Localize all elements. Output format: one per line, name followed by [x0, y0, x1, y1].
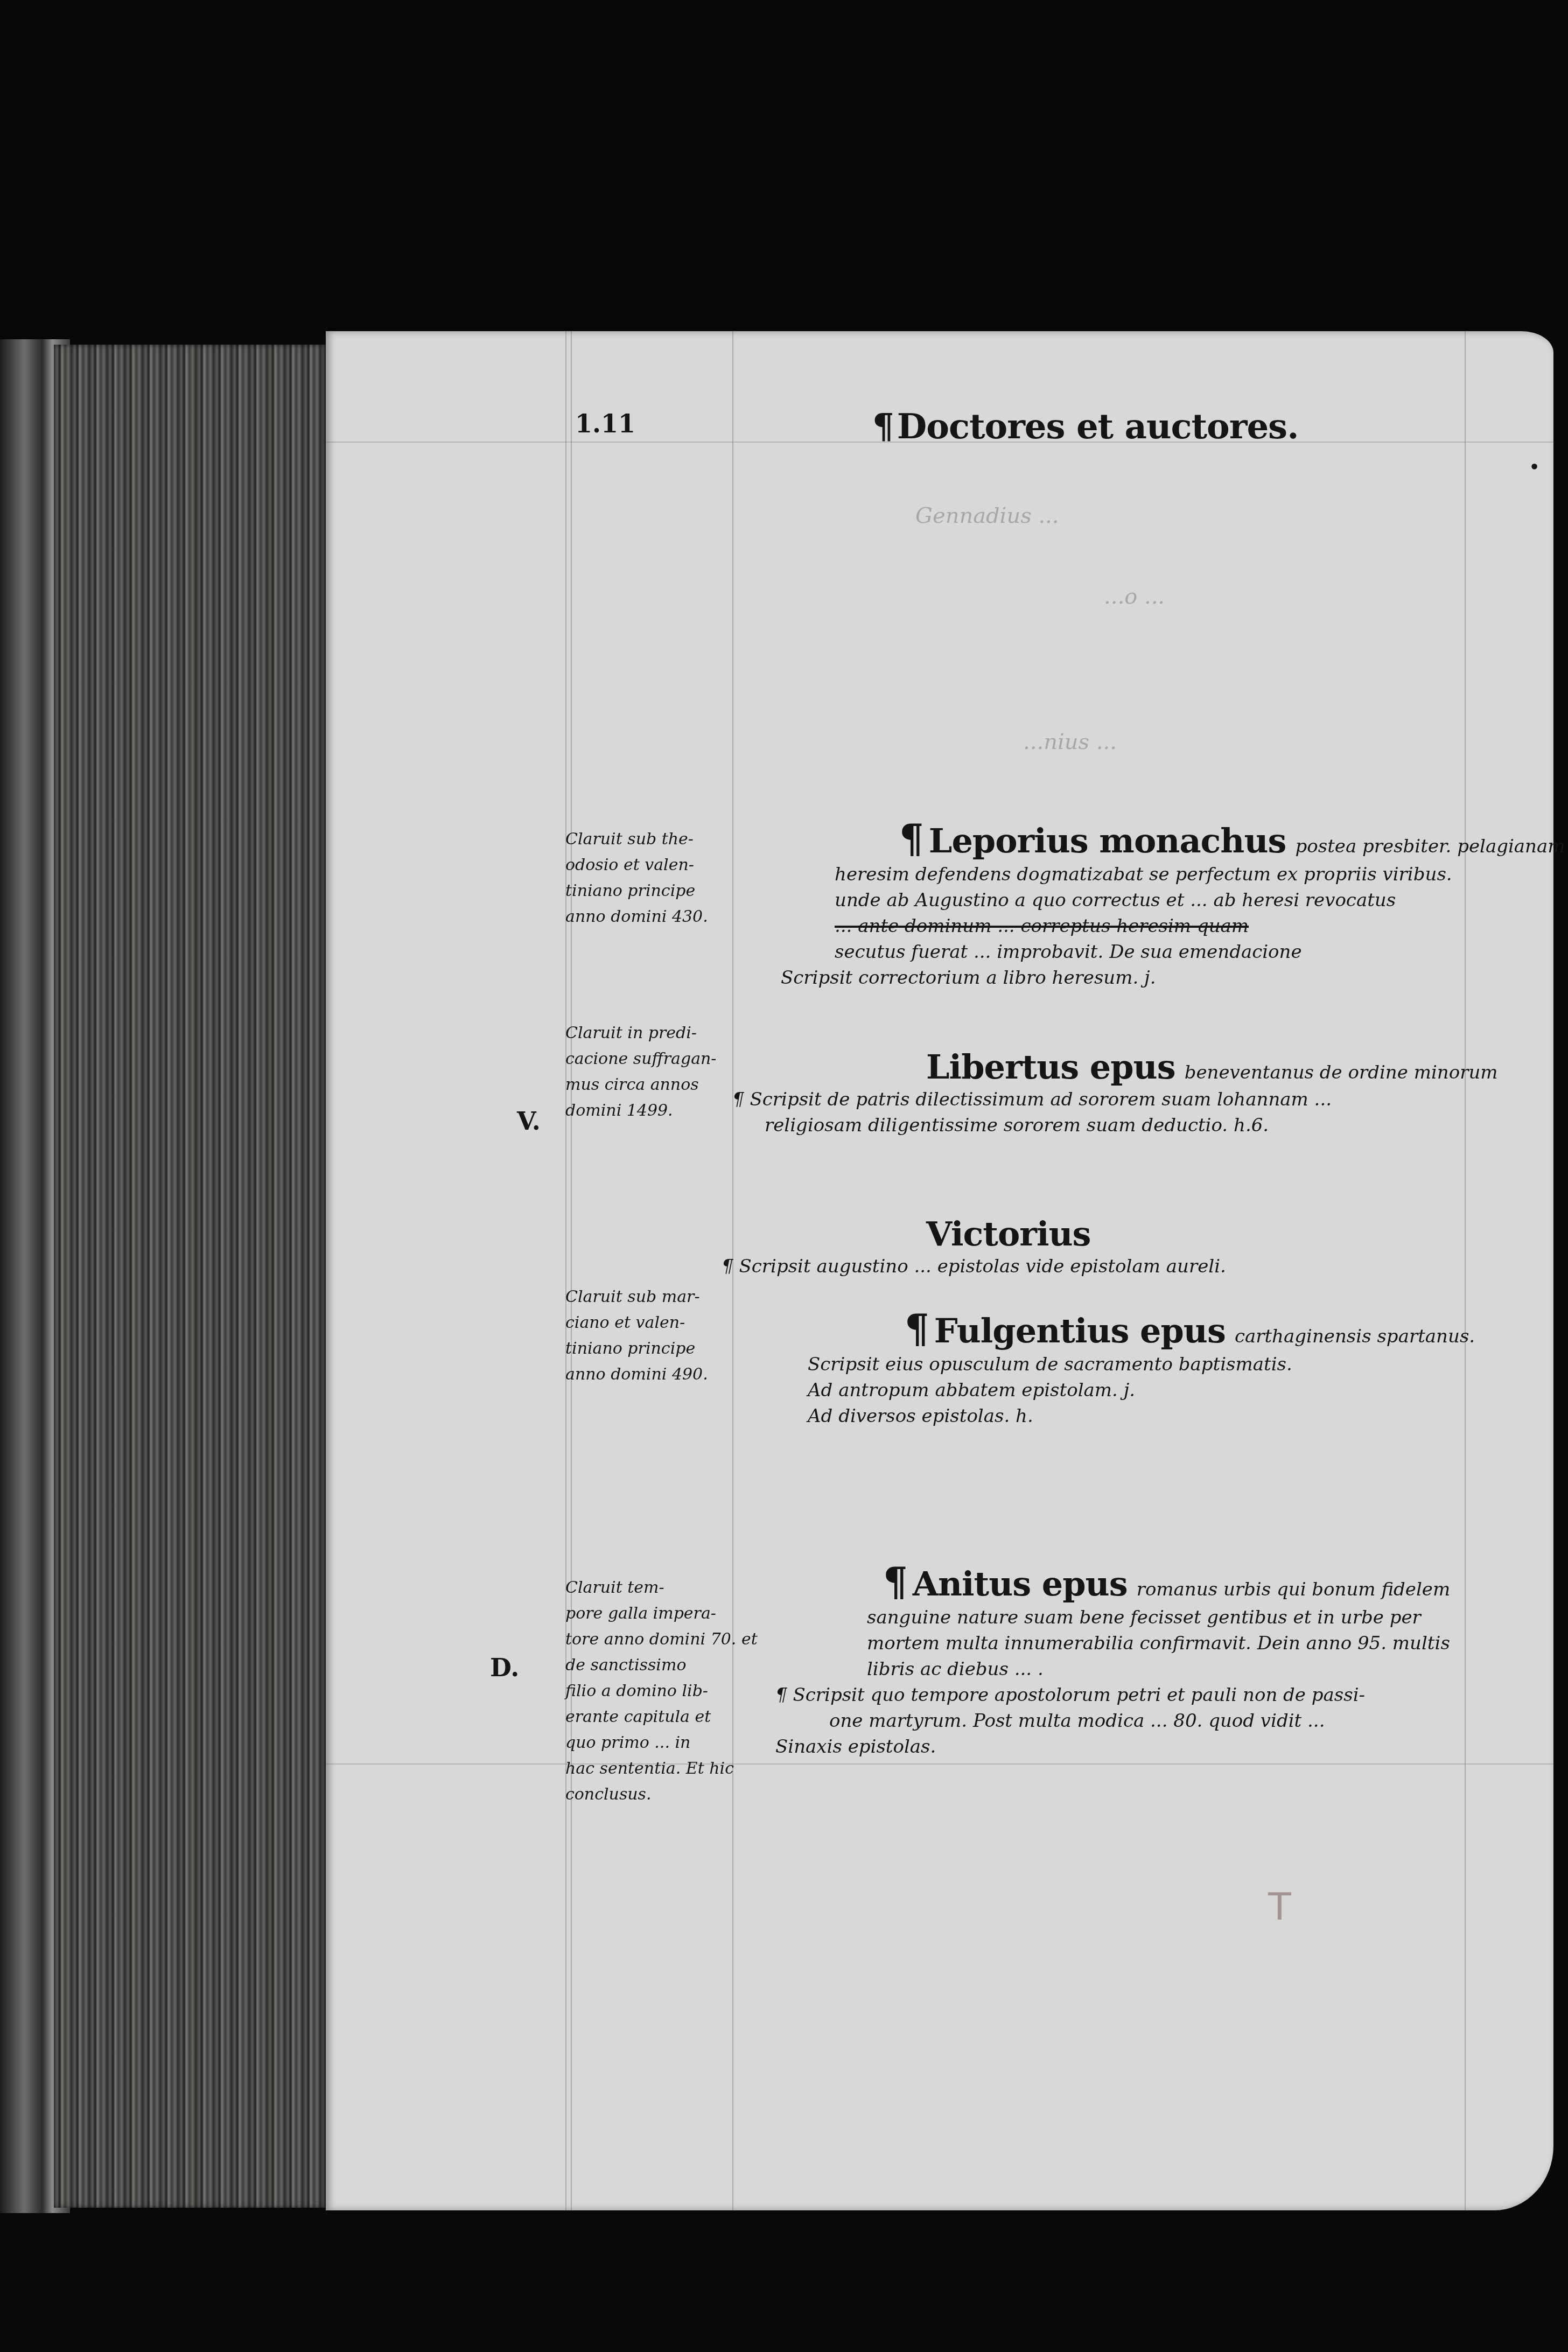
paragraph-mark-icon: ¶ — [905, 1306, 929, 1352]
entry-line: religiosam diligentissime sororem suam d… — [765, 1112, 1498, 1138]
ink-blot: • — [1529, 458, 1539, 477]
ruling-line — [571, 331, 572, 2210]
entry-line: unde ab Augustino a quo correctus et ...… — [835, 887, 1565, 913]
entry-anitus: ¶Anitus epus romanus urbis qui bonum fid… — [775, 1559, 1450, 1760]
entry-subtitle: carthaginensis spartanus. — [1235, 1326, 1475, 1347]
ruling-line — [565, 331, 566, 2210]
entry-title: Libertus epus — [926, 1047, 1175, 1087]
running-head: ¶Doctores et auctores. — [872, 407, 1298, 447]
entry-line: Ad diversos epistolas. h. — [808, 1403, 1475, 1429]
entry-line: one martyrum. Post multa modica ... 80. … — [829, 1708, 1450, 1734]
paragraph-mark-icon: ¶ — [899, 816, 923, 862]
book-page-edges — [54, 345, 328, 2208]
entry-title: ¶Anitus epus — [883, 1564, 1128, 1604]
entry-line: Ad antropum abbatem epistolam. j. — [808, 1377, 1475, 1403]
margin-note: Claruit sub mar- ciano et valen- tiniano… — [565, 1284, 770, 1388]
entry-line: Sinaxis epistolas. — [775, 1734, 1450, 1760]
entry-line: ¶ Scripsit augustino ... epistolas vide … — [722, 1254, 1226, 1279]
entry-line: Scripsit eius opusculum de sacramento ba… — [808, 1352, 1475, 1377]
paragraph-mark-icon: ¶ — [872, 407, 894, 447]
entry-line: libris ac diebus ... . — [867, 1656, 1450, 1682]
offset-text: Gennadius ... — [915, 503, 1059, 528]
folio-number: 1.11 — [575, 409, 635, 438]
margin-letter: D. — [490, 1653, 519, 1682]
offset-text: ...nius ... — [1023, 730, 1117, 754]
entry-line: ¶ Scripsit quo tempore apostolorum petri… — [775, 1682, 1450, 1708]
offset-text: ...o ... — [1104, 584, 1165, 609]
entry-line: heresim defendens dogmatizabat se perfec… — [835, 862, 1565, 887]
entry-title: ¶Leporius monachus — [899, 821, 1286, 860]
ruling-line — [326, 1763, 1553, 1765]
entry-line: ¶ Scripsit de patris dilectissimum ad so… — [732, 1087, 1498, 1112]
pencil-mark: T — [1268, 1885, 1291, 1929]
entry-subtitle: romanus urbis qui bonum fidelem — [1137, 1579, 1451, 1600]
entry-title: ¶Fulgentius epus — [905, 1311, 1226, 1350]
ruling-line — [1465, 331, 1466, 2210]
entry-subtitle: postea presbiter. pelagianam — [1295, 836, 1565, 857]
entry-title: Victorius — [926, 1214, 1091, 1254]
dark-background-top — [0, 0, 1568, 334]
entry-victorius: Victorius ¶ Scripsit augustino ... epist… — [722, 1214, 1226, 1279]
dark-background-bottom — [0, 2208, 1568, 2352]
margin-letter: V. — [517, 1107, 541, 1136]
running-head-text: Doctores et auctores. — [897, 407, 1299, 447]
entry-line: Scripsit correctorium a libro heresum. j… — [781, 965, 1565, 991]
entry-fulgentius: ¶Fulgentius epus carthaginensis spartanu… — [808, 1306, 1475, 1429]
entry-line: secutus fuerat ... improbavit. De sua em… — [835, 939, 1565, 965]
entry-subtitle: beneventanus de ordine minorum — [1185, 1062, 1498, 1083]
paragraph-mark-icon: ¶ — [883, 1559, 907, 1605]
entry-line: sanguine nature suam bene fecisset genti… — [867, 1605, 1450, 1630]
entry-leporius: ¶Leporius monachus postea presbiter. pel… — [781, 816, 1565, 991]
entry-libertus: Libertus epus beneventanus de ordine min… — [732, 1047, 1498, 1138]
margin-note: Claruit sub the- odosio et valen- tinian… — [565, 827, 770, 930]
margin-note: Claruit tem- pore galla impera- tore ann… — [565, 1575, 770, 1808]
entry-line: mortem multa innumerabilia confirmavit. … — [867, 1630, 1450, 1656]
entry-line-struck: ... ante dominum ... correptus heresim q… — [835, 913, 1565, 939]
